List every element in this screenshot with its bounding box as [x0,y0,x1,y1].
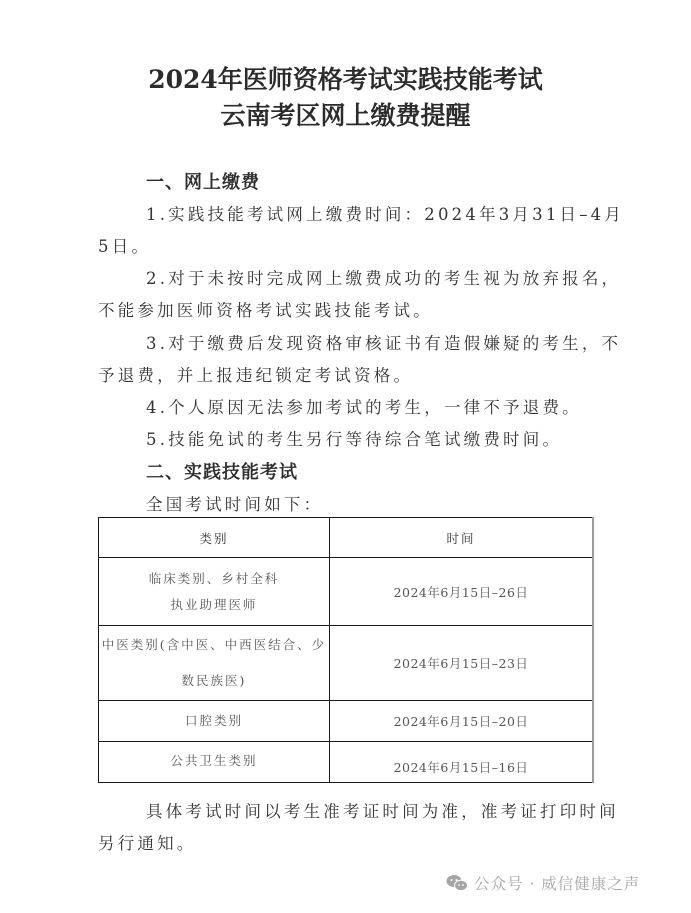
watermark: 公众号 · 威信健康之声 [446,872,640,894]
category-line2: 数民族医) [99,663,329,699]
category-cell: 公共卫生类别 [99,742,330,783]
item2-line1: 2.对于未按时完成网上缴费成功的考生视为放弃报名， [146,265,621,289]
table-row: 公共卫生类别 2024年6月15日–16日 [99,742,594,783]
exam-schedule-table: 类别 时间 临床类别、乡村全科 执业助理医师 2024年6月15日–26日 中医… [98,517,594,783]
item5: 5.技能免试的考生另行等待综合笔试缴费时间。 [146,426,562,450]
item3-line2: 予退费，并上报违纪锁定考试资格。 [98,362,413,386]
category-cell: 中医类别(含中医、中西医结合、少 数民族医) [99,626,330,701]
table-row: 中医类别(含中医、中西医结合、少 数民族医) 2024年6月15日–23日 [99,626,594,701]
item4: 4.个人原因无法参加考试的考生，一律不予退费。 [146,394,582,418]
section1-heading: 一、网上缴费 [146,168,260,194]
document-title-line1: 2024年医师资格考试实践技能考试 [0,60,691,96]
category-line1: 临床类别、乡村全科 [99,566,329,592]
section2-intro: 全国考试时间如下： [146,491,323,515]
category-cell: 口腔类别 [99,701,330,742]
note-line2: 另行通知。 [98,830,197,854]
time-cell: 2024年6月15日–20日 [330,701,594,742]
item2-line2: 不能参加医师资格考试实践技能考试。 [98,297,433,321]
table-header-row: 类别 时间 [99,518,594,558]
time-cell: 2024年6月15日–16日 [330,742,594,783]
item3-line1: 3.对于缴费后发现资格审核证书有造假嫌疑的考生，不 [146,330,621,354]
item1-line1: 1.实践技能考试网上缴费时间：2024年3月31日–4月 [146,201,624,225]
header-category: 类别 [99,518,330,558]
category-cell: 临床类别、乡村全科 执业助理医师 [99,558,330,626]
document-title-line2: 云南考区网上缴费提醒 [0,96,691,132]
section2-heading: 二、实践技能考试 [146,458,298,484]
item1-line2: 5日。 [98,233,151,257]
table-row: 口腔类别 2024年6月15日–20日 [99,701,594,742]
wechat-icon [446,874,468,892]
time-cell: 2024年6月15日–26日 [330,558,594,626]
category-line2: 执业助理医师 [99,592,329,618]
header-time: 时间 [330,518,594,558]
watermark-text: 公众号 · 威信健康之声 [474,872,640,894]
category-line1: 中医类别(含中医、中西医结合、少 [99,627,329,663]
time-cell: 2024年6月15日–23日 [330,626,594,701]
note-line1: 具体考试时间以考生准考证时间为准，准考证打印时间 [146,798,619,822]
table-row: 临床类别、乡村全科 执业助理医师 2024年6月15日–26日 [99,558,594,626]
